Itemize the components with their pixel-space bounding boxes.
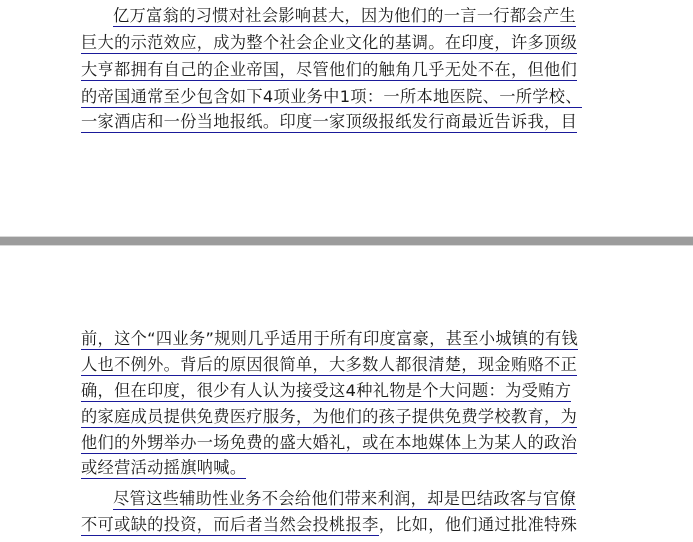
underlined-text: 他们的外甥举办一场免费的盛大婚礼，或在本地媒体上为某人的政治 bbox=[81, 433, 577, 454]
underlined-text: 或经营活动摇旗呐喊。 bbox=[81, 458, 246, 479]
underlined-text: 的帝国通常至少包含如下4项业务中1项：一所本地医院、一所学校、 bbox=[81, 87, 582, 108]
underlined-text: 的家庭成员提供免费医疗服务，为他们的孩子提供免费学校教育，为 bbox=[81, 407, 577, 428]
text-line: 一家酒店和一份当地报纸。印度一家顶级报纸发行商最近告诉我，目 bbox=[81, 111, 605, 133]
text-line: 的帝国通常至少包含如下4项业务中1项：一所本地医院、一所学校、 bbox=[81, 86, 605, 108]
underlined-text: 一家酒店和一份当地报纸。印度一家顶级报纸发行商最近告诉我，目 bbox=[81, 112, 577, 133]
text-line: 前，这个“四业务”规则几乎适用于所有印度富豪，甚至小城镇的有钱 bbox=[81, 328, 605, 350]
page-separator bbox=[0, 236, 693, 246]
underlined-text: 确，但在印度，很少有人认为接受这4种礼物是个大问题：为受贿方 bbox=[81, 381, 571, 402]
text-line: 或经营活动摇旗呐喊。 bbox=[81, 457, 605, 479]
text-line: 大亨都拥有自己的企业帝国，尽管他们的触角几乎无处不在，但他们 bbox=[81, 59, 605, 81]
text-line: 尽管这些辅助性业务不会给他们带来利润，却是巴结政客与官僚 bbox=[81, 488, 637, 510]
underlined-text: 大亨都拥有自己的企业帝国，尽管他们的触角几乎无处不在，但他们 bbox=[81, 60, 577, 81]
underlined-text: 人也不例外。背后的原因很简单，大多数人都很清楚，现金贿赂不正 bbox=[81, 355, 577, 376]
underlined-text: 前，这个“四业务”规则几乎适用于所有印度富豪，甚至小城镇的有钱 bbox=[81, 329, 578, 350]
underlined-text: 亿万富翁的习惯对社会影响甚大，因为他们的一言一行都会产生 bbox=[113, 6, 576, 27]
underlined-text: 巨大的示范效应，成为整个社会企业文化的基调。在印度，许多顶级 bbox=[81, 33, 577, 54]
text-line: 的家庭成员提供免费医疗服务，为他们的孩子提供免费学校教育，为 bbox=[81, 406, 605, 428]
text-line: 确，但在印度，很少有人认为接受这4种礼物是个大问题：为受贿方 bbox=[81, 380, 605, 402]
underlined-text: 不可或缺的投资，而后者当然会投桃报李 bbox=[81, 515, 379, 536]
plain-text: ，比如，他们通过批准特殊 bbox=[379, 515, 577, 534]
text-line: 人也不例外。背后的原因很简单，大多数人都很清楚，现金贿赂不正 bbox=[81, 354, 605, 376]
text-line: 亿万富翁的习惯对社会影响甚大，因为他们的一言一行都会产生 bbox=[81, 5, 637, 27]
text-line: 巨大的示范效应，成为整个社会企业文化的基调。在印度，许多顶级 bbox=[81, 32, 605, 54]
text-line: 他们的外甥举办一场免费的盛大婚礼，或在本地媒体上为某人的政治 bbox=[81, 432, 605, 454]
document-page-top: 亿万富翁的习惯对社会影响甚大，因为他们的一言一行都会产生 巨大的示范效应，成为整… bbox=[0, 0, 693, 236]
underlined-text: 尽管这些辅助性业务不会给他们带来利润，却是巴结政客与官僚 bbox=[113, 489, 576, 510]
document-page-bottom: 前，这个“四业务”规则几乎适用于所有印度富豪，甚至小城镇的有钱 人也不例外。背后… bbox=[0, 246, 693, 542]
text-line: 不可或缺的投资，而后者当然会投桃报李，比如，他们通过批准特殊 bbox=[81, 514, 605, 536]
